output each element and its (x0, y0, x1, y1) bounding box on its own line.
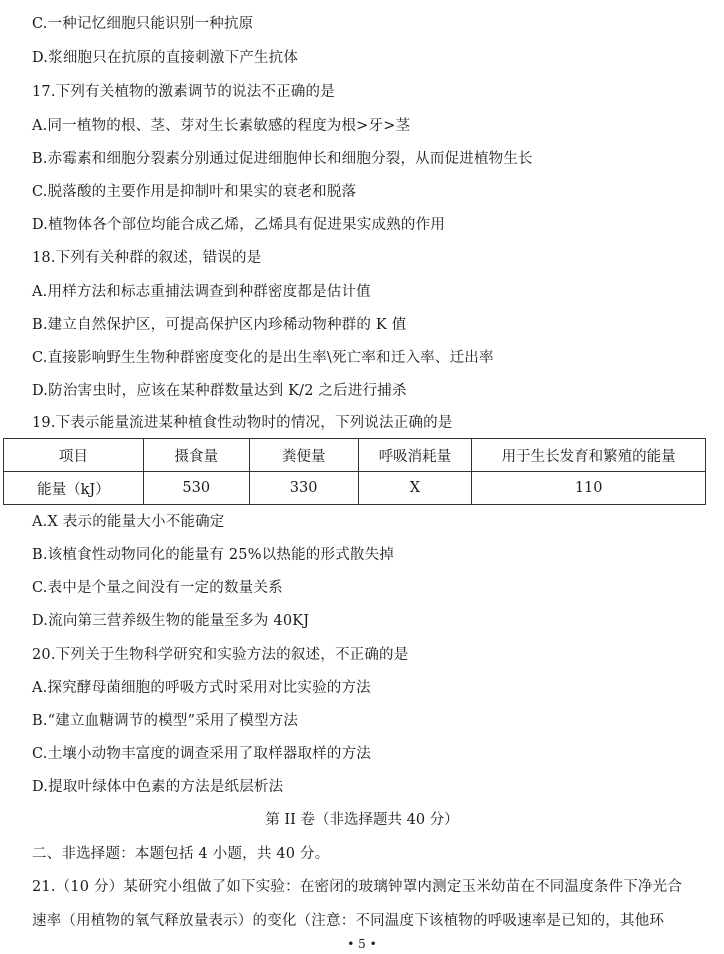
q18-option-c: C.直接影响野生生物种群密度变化的是出生率\死亡率和迁入率、迁出率 (32, 348, 494, 368)
q21-line-2: 速率（用植物的氧气释放量表示）的变化（注意：不同温度下该植物的呼吸速率是已知的，… (32, 911, 664, 931)
table-cell: X (358, 472, 472, 505)
q19-option-c: C.表中是个量之间没有一定的数量关系 (32, 578, 283, 598)
q19-option-b: B.该植食性动物同化的能量有 25%以热能的形式散失掉 (32, 545, 394, 565)
table-header-cell: 用于生长发育和繁殖的能量 (472, 439, 706, 472)
page-number: • 5 • (0, 936, 724, 952)
section-2-intro: 二、非选择题：本题包括 4 小题，共 40 分。 (32, 844, 329, 864)
section-2-title: 第 II 卷（非选择题共 40 分） (0, 810, 724, 830)
q16-option-c: C.一种记忆细胞只能识别一种抗原 (32, 14, 253, 34)
q17-option-b: B.赤霉素和细胞分裂素分别通过促进细胞伸长和细胞分裂，从而促进植物生长 (32, 149, 533, 169)
table-cell: 能量（kJ） (4, 472, 144, 505)
q19-stem: 19.下表示能量流进某种植食性动物时的情况，下列说法正确的是 (32, 413, 453, 433)
energy-table: 项目 摄食量 粪便量 呼吸消耗量 用于生长发育和繁殖的能量 能量（kJ） 530… (3, 438, 706, 505)
q18-stem: 18.下列有关种群的叙述，错误的是 (32, 248, 261, 268)
q17-stem: 17.下列有关植物的激素调节的说法不正确的是 (32, 82, 335, 102)
q21-line-1: 21.（10 分）某研究小组做了如下实验：在密闭的玻璃钟罩内测定玉米幼苗在不同温… (32, 877, 682, 897)
q18-option-a: A.用样方法和标志重捕法调查到种群密度都是估计值 (32, 282, 371, 302)
table-cell: 330 (249, 472, 358, 505)
q17-option-d: D.植物体各个部位均能合成乙烯，乙烯具有促进果实成熟的作用 (32, 215, 445, 235)
q16-option-d: D.浆细胞只在抗原的直接刺激下产生抗体 (32, 48, 298, 68)
table-header-cell: 项目 (4, 439, 144, 472)
q20-option-d: D.提取叶绿体中色素的方法是纸层析法 (32, 777, 283, 797)
table-header-row: 项目 摄食量 粪便量 呼吸消耗量 用于生长发育和繁殖的能量 (4, 439, 706, 472)
q18-option-d: D.防治害虫时，应该在某种群数量达到 K/2 之后进行捕杀 (32, 381, 407, 401)
q20-option-c: C.土壤小动物丰富度的调查采用了取样器取样的方法 (32, 744, 371, 764)
q20-option-a: A.探究酵母菌细胞的呼吸方式时采用对比实验的方法 (32, 678, 371, 698)
q20-option-b: B.“建立血糖调节的模型”采用了模型方法 (32, 711, 298, 731)
q20-stem: 20.下列关于生物科学研究和实验方法的叙述，不正确的是 (32, 645, 408, 665)
q18-option-b: B.建立自然保护区，可提高保护区内珍稀动物种群的 K 值 (32, 315, 406, 335)
table-cell: 110 (472, 472, 706, 505)
q17-option-a: A.同一植物的根、茎、芽对生长素敏感的程度为根>牙>茎 (32, 116, 410, 136)
table-cell: 530 (143, 472, 249, 505)
table-header-cell: 摄食量 (143, 439, 249, 472)
q17-option-c: C.脱落酸的主要作用是抑制叶和果实的衰老和脱落 (32, 182, 356, 202)
q19-option-a: A.X 表示的能量大小不能确定 (32, 512, 225, 532)
table-row: 能量（kJ） 530 330 X 110 (4, 472, 706, 505)
table-header-cell: 粪便量 (249, 439, 358, 472)
q19-option-d: D.流向第三营养级生物的能量至多为 40KJ (32, 611, 309, 631)
table-header-cell: 呼吸消耗量 (358, 439, 472, 472)
